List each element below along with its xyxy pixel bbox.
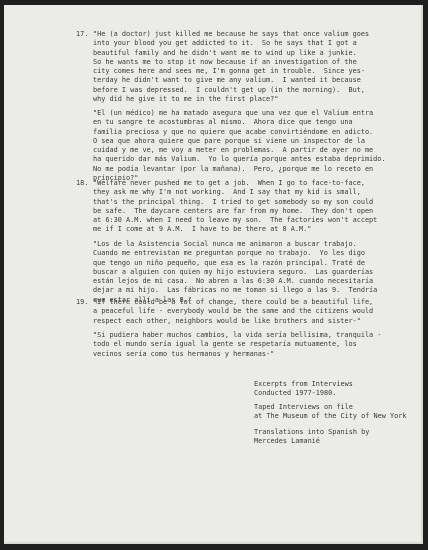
- item-number: 17.: [76, 30, 88, 39]
- item-number: 19.: [76, 298, 88, 307]
- english-quote: "He (a doctor) just killed me because he…: [93, 30, 369, 104]
- credits-taped-interviews: Taped Interviews on file at The Museum o…: [254, 403, 406, 422]
- english-quote: "Welfare never pushed me to get a job. W…: [93, 179, 377, 235]
- spanish-quote: "El (un médico) me ha matado asegura que…: [93, 109, 386, 183]
- item-number: 18.: [76, 179, 88, 188]
- spanish-quote: "Si pudiera haber muchos cambios, la vid…: [93, 331, 381, 359]
- document-page: 17. "He (a doctor) just killed me becaus…: [4, 5, 423, 544]
- credits-translations: Translations into Spanish by Mercedes La…: [254, 428, 369, 447]
- spanish-quote: "Los de la Asistencia Social nunca me an…: [93, 240, 377, 305]
- credits-excerpts: Excerpts from Interviews Conducted 1977-…: [254, 380, 353, 399]
- english-quote: "If there could be a lot of change, ther…: [93, 298, 373, 326]
